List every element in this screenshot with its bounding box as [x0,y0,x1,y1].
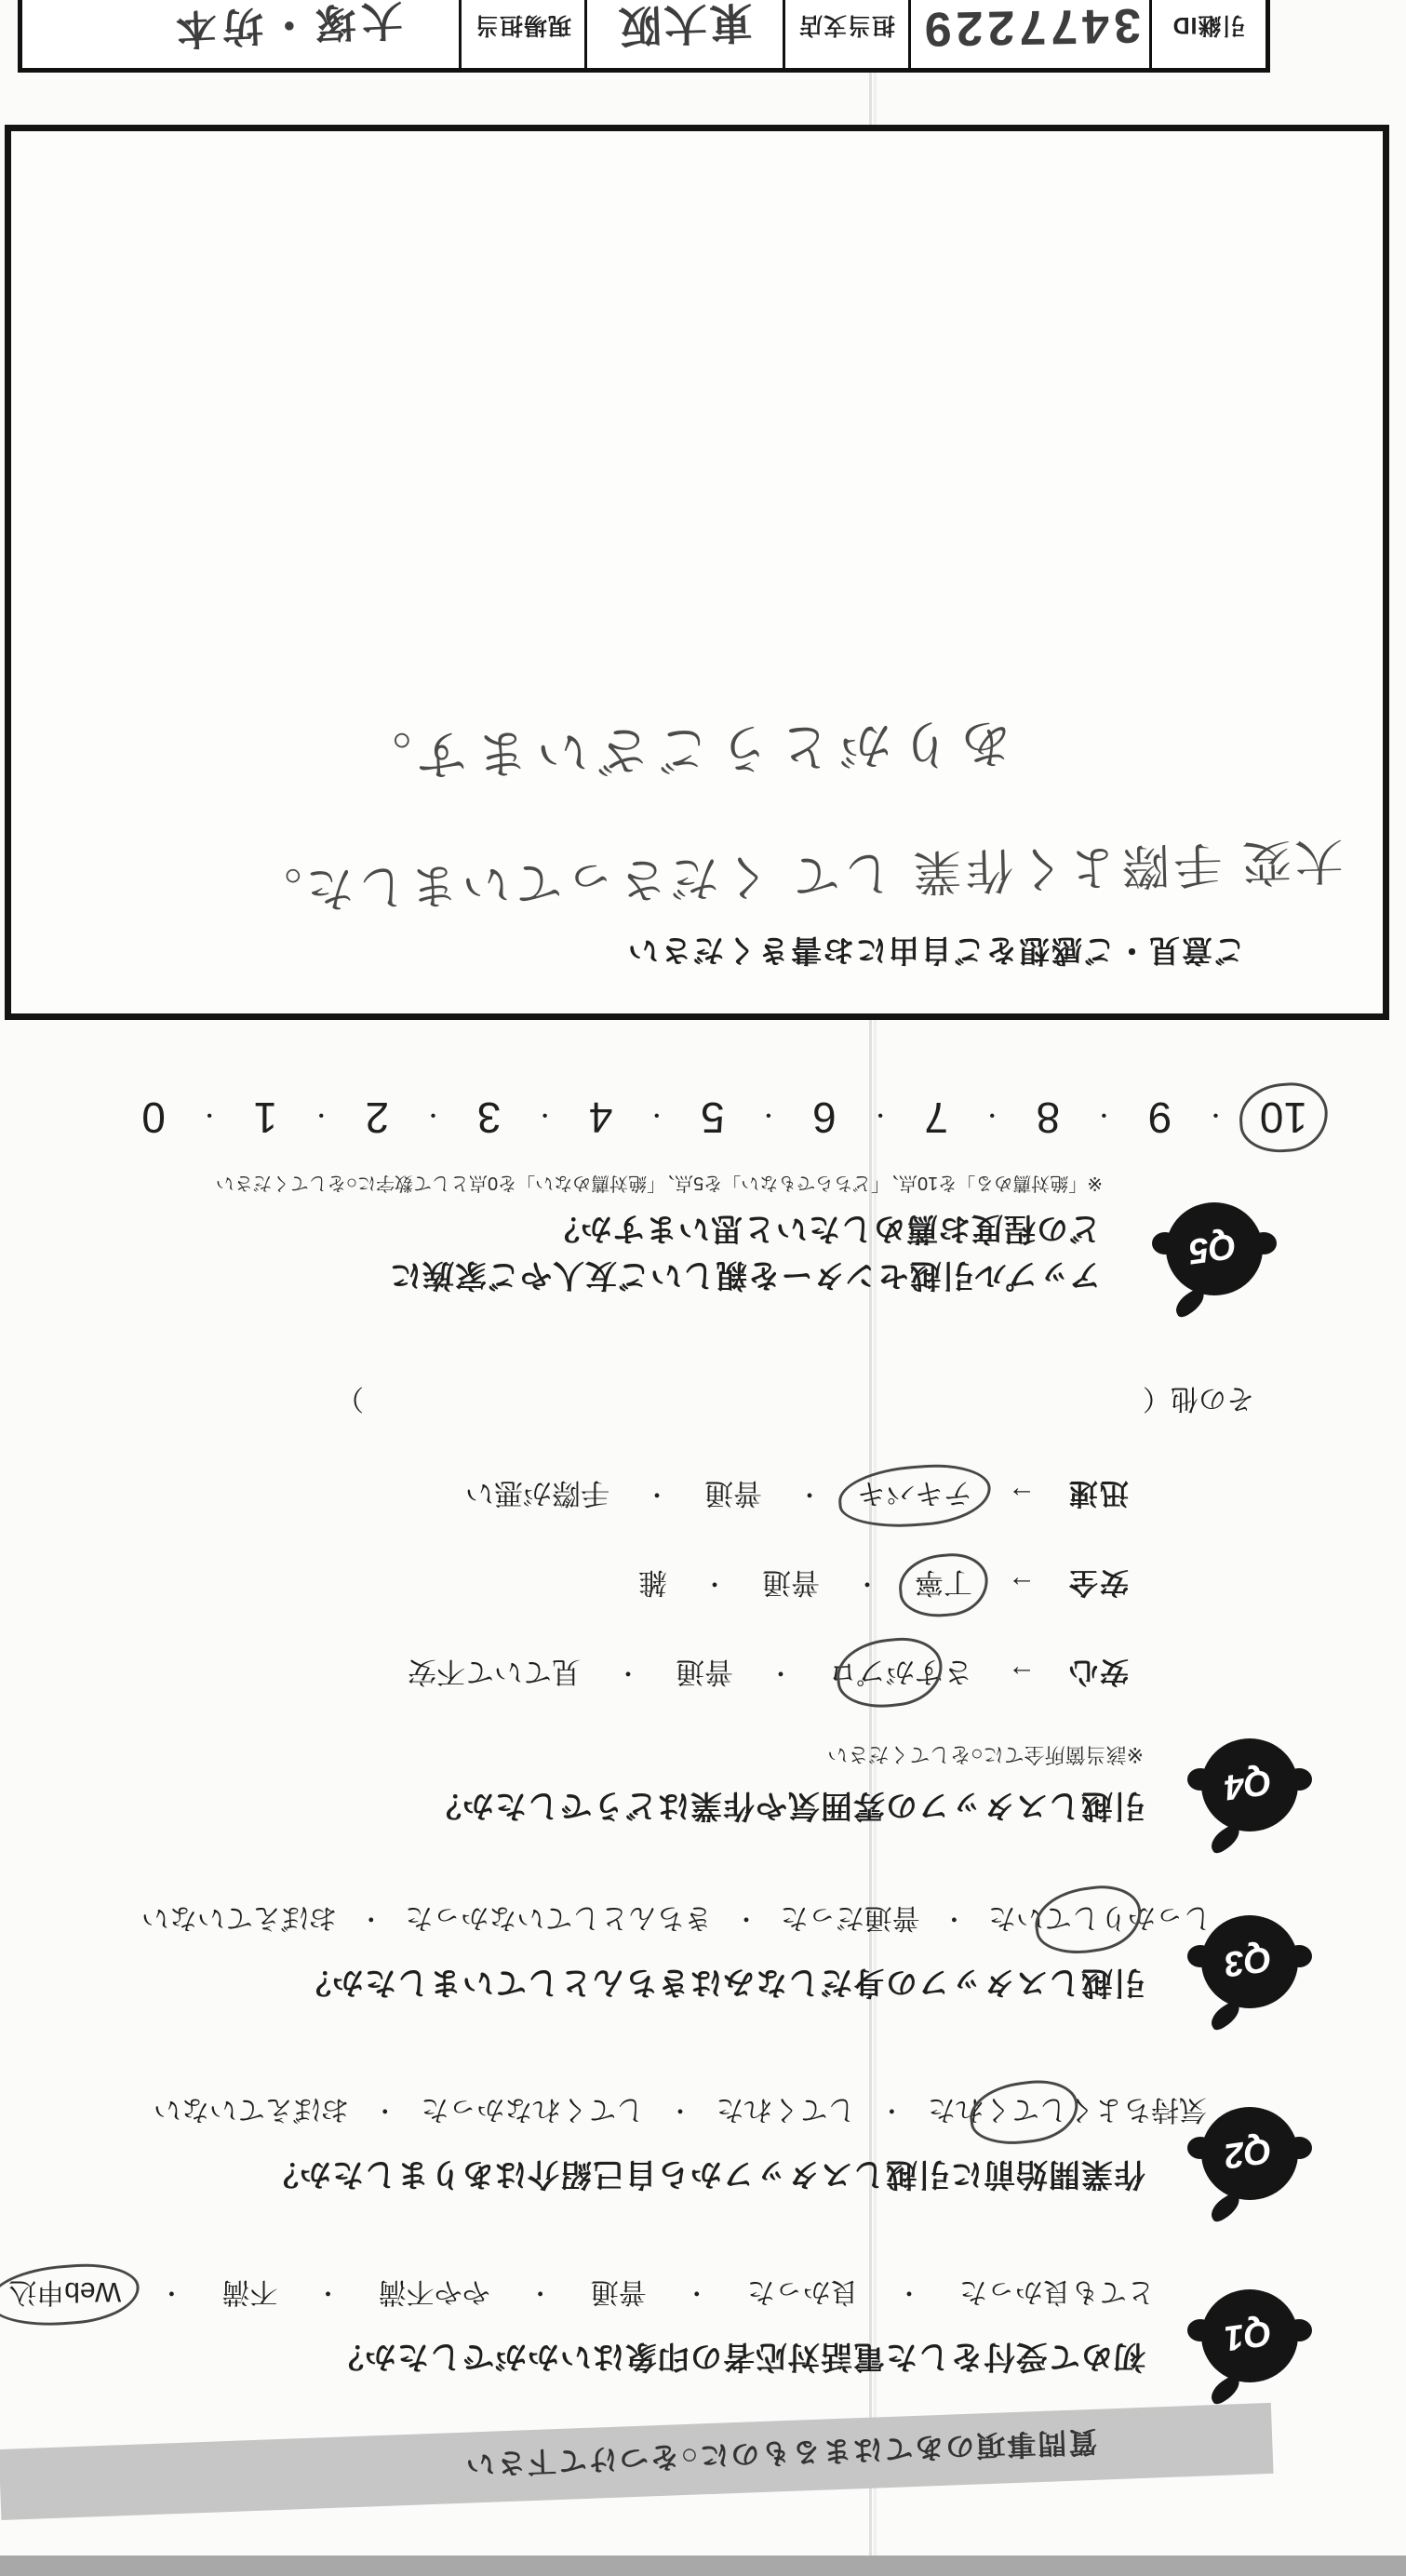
comment-box: ご意見・ご感想をご自由にお書きください 大変 手際よく作業 して くださっていま… [5,125,1389,1020]
arrow-icon: → [1008,1659,1036,1691]
rotated-scan-sheet: 質問事項のあてはまるものに○をつけて下さい Q1 初めて受付をした電話対応者の印… [0,0,1406,2576]
q5-question-line1: アップル引越センターを親しいご友人やご家族に [389,1255,1101,1301]
scanned-survey-page: 質問事項のあてはまるものに○をつけて下さい Q1 初めて受付をした電話対応者の印… [0,0,1406,2576]
comment-box-label: ご意見・ご感想をご自由にお書きください [626,931,1245,974]
staff-value-cell: 大塚・坊本 [22,0,462,68]
option: 普通 [701,1473,766,1519]
option-separator: ・ [797,1479,822,1513]
q3-options: しっかりしていた ・ 普通だった ・ きちんとしていなかった ・ おぼえていない [138,1898,1215,1943]
q5-rating-scale: 10 ・ 9 ・ 8 ・ 7 ・ 6 ・ 5 ・ 4 ・ 3 ・ 2 ・ 1 ・ [136,1091,1313,1145]
scale-number: 1 [248,1091,283,1145]
q5-badge: Q5 [1158,1199,1266,1305]
scale-separator: ・ [422,1102,444,1134]
arrow-icon: → [1008,1570,1036,1602]
q5-note: ※「絶対薦める」を10点、「どちらでもない」を5点、「絶対薦めない」を0点として… [216,1172,1103,1199]
option-selected-circle: 丁寧 [911,1563,976,1608]
row-label: 安心 [1067,1654,1129,1696]
q3-question-text: 引越しスタッフの身だしなみはきちんとしていましたか？ [299,1963,1145,2008]
option-separator: ・ [373,2096,397,2130]
staff-label: 現場担当 [475,10,571,44]
arrow-icon: → [1008,1481,1036,1512]
option: してくれた [713,2090,860,2135]
handover-id-value: 3477229 [919,0,1141,57]
option-separator: ・ [316,2278,341,2313]
staff-label-cell: 現場担当 [462,0,587,68]
scale-number: 3 [472,1091,507,1145]
option-selected-circle: テキパキ [853,1473,976,1519]
handover-id-value-cell: 3477229 [911,0,1152,68]
instruction-bar: 質問事項のあてはまるものに○をつけて下さい [0,2403,1274,2520]
handover-id-label: 引継ID [1172,10,1246,44]
option-separator: ・ [879,2096,904,2130]
option: 不満 [218,2273,281,2317]
scale-separator: ・ [198,1102,221,1134]
q4-question-text: 引越しスタッフの雰囲気や作業はどうでしたか？ [429,1786,1145,1831]
option-separator: ・ [942,1904,966,1939]
scale-separator: ・ [310,1102,332,1134]
q4-other-open: その他（ [1143,1381,1254,1422]
option: とても良かった [956,2273,1158,2317]
handover-id-label-cell: 引継ID [1152,0,1265,68]
option-separator: ・ [616,1657,640,1692]
scale-number: 2 [360,1091,395,1145]
q4-row-jinsoku: 迅速 → テキパキ ・ 普通 ・ 手際が悪い [462,1473,1129,1519]
handover-info-table: 引継ID 3477229 担当支店 東大阪 現場担当 大塚・坊本 [18,0,1270,73]
option: 普通だった [777,1898,924,1943]
option-separator: ・ [769,1657,793,1692]
handwritten-comment-line2: ありがとうございます。 [351,709,1013,798]
branch-value-cell: 東大阪 [587,0,785,68]
scale-number: 7 [918,1091,954,1145]
branch-value: 東大阪 [615,0,754,60]
row-label: 迅速 [1067,1475,1129,1517]
q2-options: 気持ちよくしてくれた ・ してくれた ・ してくれなかった ・ おぼえていない [150,2090,1211,2135]
q4-row-anshin: 安心 → さすがプロ ・ 普通 ・ 見ていて不安 [404,1652,1129,1697]
option-separator: ・ [897,2278,921,2313]
option: 手際が悪い [462,1473,613,1519]
paper-sheet: 質問事項のあてはまるものに○をつけて下さい Q1 初めて受付をした電話対応者の印… [0,0,1406,2556]
q2-question-text: 作業開始前に引越しスタッフから自己紹介はありましたか？ [266,2154,1145,2200]
q4-badge: Q4 [1194,1735,1302,1841]
scale-number: 6 [807,1091,842,1145]
instruction-text: 質問事項のあてはまるものに○をつけて下さい [463,2417,1273,2489]
option: してくれなかった [417,2090,648,2135]
option-separator: ・ [668,2096,692,2130]
option-selected-circle: 気持ちよくしてくれた [924,2090,1211,2135]
branch-label-cell: 担当支店 [785,0,911,68]
scale-separator: ・ [1205,1102,1227,1134]
staff-value: 大塚・坊本 [169,0,460,63]
scale-separator: ・ [869,1102,891,1134]
option-separator: ・ [529,2278,553,2313]
q1-options: とても良かった ・ 良かった ・ 普通 ・ やや不満 ・ 不満 ・ Web申込 [5,2273,1158,2317]
option-separator: ・ [645,1479,669,1513]
option: 普通 [758,1563,824,1608]
scale-separator: ・ [1092,1102,1115,1134]
option: おぼえていない [138,1898,341,1943]
q1-badge: Q1 [1194,2286,1302,2392]
scale-number: 0 [136,1091,171,1145]
branch-label: 担当支店 [798,10,895,44]
scale-10-circled: 10 [1254,1091,1313,1145]
option: 普通 [587,2273,650,2317]
q5-question-line2: どの程度お薦めしたいと思いますか？ [547,1209,1101,1254]
scale-number: 5 [695,1091,730,1145]
q4-row-anzen: 安全 → 丁寧 ・ 普通 ・ 雑 [635,1563,1129,1608]
option-separator: ・ [359,1904,383,1939]
scale-number: 8 [1031,1091,1066,1145]
option: やや不満 [375,2273,494,2317]
option-separator: ・ [159,2278,183,2313]
q4-note: ※該当箇所全てに○をしてください [827,1741,1144,1770]
option-selected-circle: しっかりしていた [984,1898,1215,1943]
scale-number: 4 [583,1091,619,1145]
option-separator: ・ [855,1568,879,1603]
option: おぼえていない [150,2090,353,2135]
option: きちんとしていなかった [401,1898,716,1943]
row-label: 安全 [1067,1564,1129,1606]
option: 雑 [635,1563,671,1608]
option-selected-circle: Web申込 [5,2273,125,2317]
q1-question-text: 初めて受付をした電話対応者の印象はいかがでしたか？ [331,2337,1145,2382]
option-separator: ・ [703,1568,727,1603]
handwritten-comment-line1: 大変 手際よく作業 して くださっていました。 [249,830,1345,931]
scale-separator: ・ [534,1102,556,1134]
option-separator: ・ [734,1904,758,1939]
scale-number: 9 [1143,1091,1178,1145]
scale-separator: ・ [757,1102,780,1134]
option-separator: ・ [685,2278,709,2313]
scale-separator: ・ [646,1102,668,1134]
option: 見ていて不安 [404,1652,584,1697]
option: 良かった [743,2273,863,2317]
scale-separator: ・ [981,1102,1003,1134]
option: 普通 [672,1652,737,1697]
q4-other-close: ） [336,1381,364,1422]
option-selected-circle: さすがプロ [824,1652,976,1697]
